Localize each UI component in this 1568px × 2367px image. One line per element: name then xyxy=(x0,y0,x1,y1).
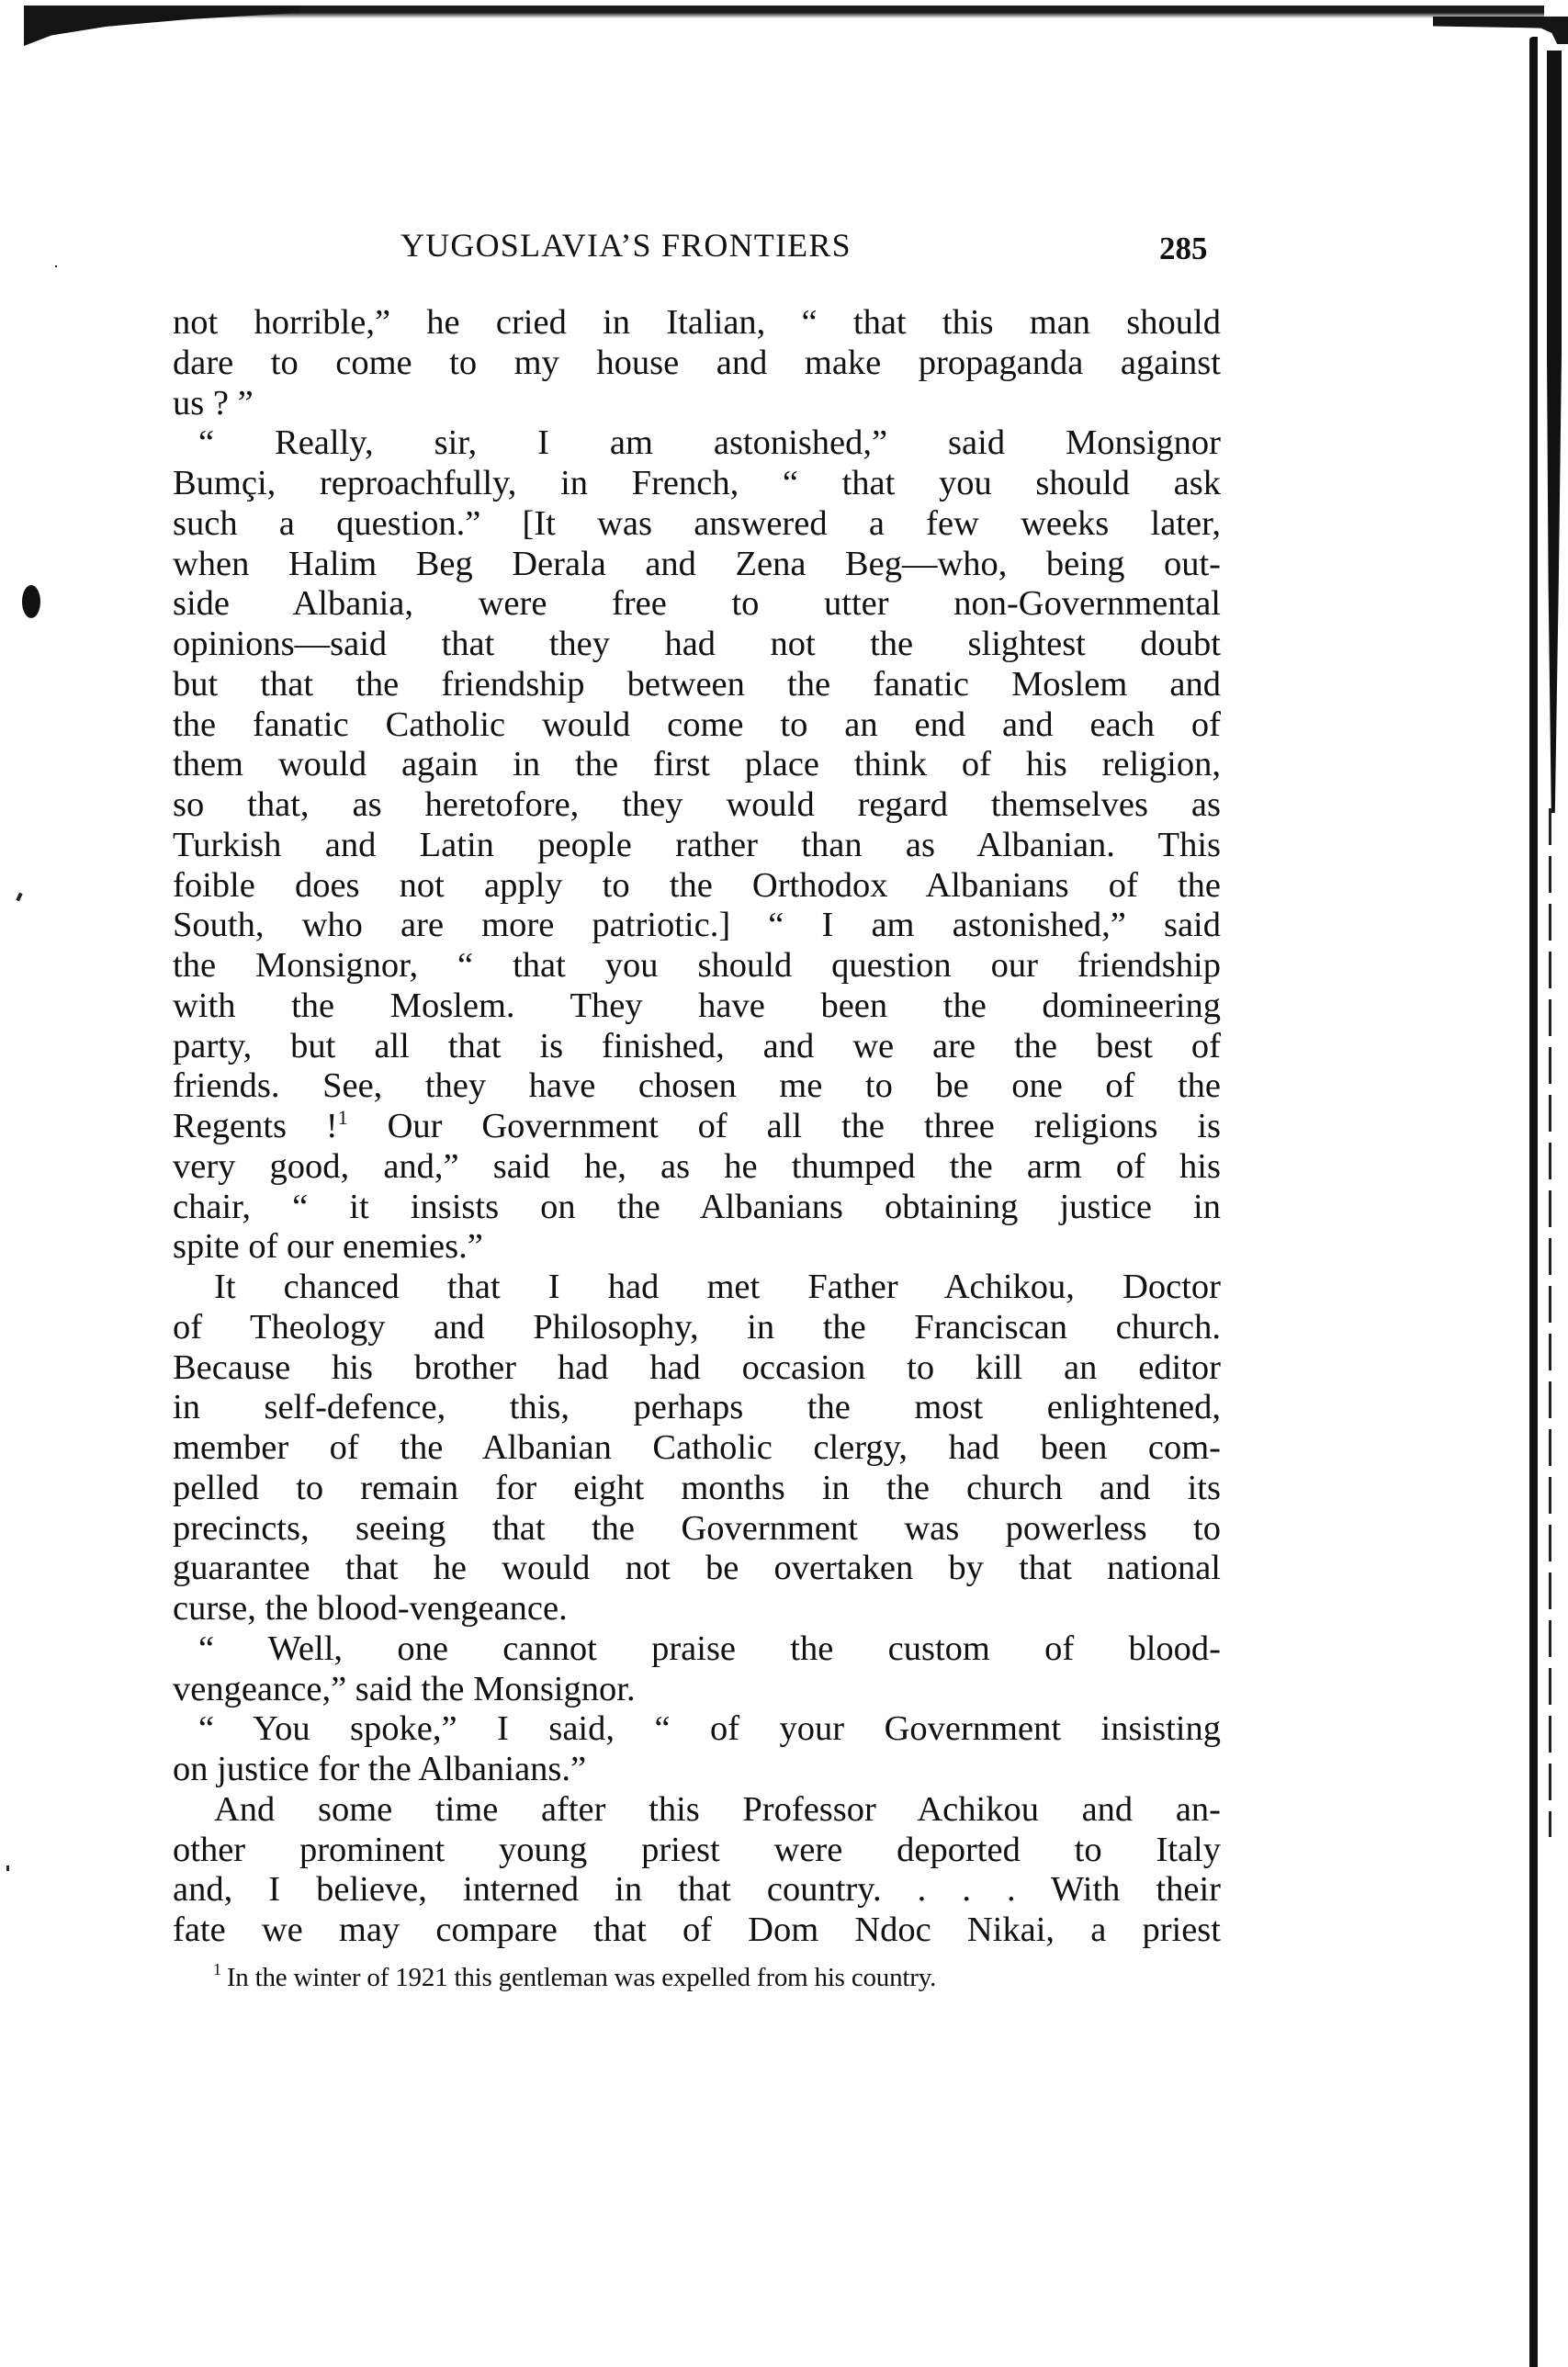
text-line-content: chair, “ it insists on the Albanians obt… xyxy=(173,1188,1221,1228)
text-line-content: side Albania, were free to utter non-Gov… xyxy=(173,584,1221,625)
ink-blot-mark xyxy=(22,585,40,618)
text-line: when Halim Beg Derala and Zena Beg—who, … xyxy=(173,545,1221,585)
text-line: member of the Albanian Catholic clergy, … xyxy=(173,1428,1221,1469)
line-text: fate we may compare that of Dom Ndoc Nik… xyxy=(173,1911,1221,1949)
text-line: spite of our enemies.” xyxy=(173,1227,1221,1268)
line-text: so that, as heretofore, they would regar… xyxy=(173,785,1221,824)
text-line: so that, as heretofore, they would regar… xyxy=(173,785,1221,826)
footnote-text: In the winter of 1921 this gentleman was… xyxy=(227,1963,936,1992)
line-text: the Monsignor, “ that you should questio… xyxy=(173,946,1221,985)
text-line: curse, the blood-vengeance. xyxy=(173,1589,1221,1629)
text-line-content: not horrible,” he cried in Italian, “ th… xyxy=(173,303,1221,344)
text-line: such a question.” [It was answered a few… xyxy=(173,504,1221,545)
text-line: the fanatic Catholic would come to an en… xyxy=(173,705,1221,746)
line-text: when Halim Beg Derala and Zena Beg—who, … xyxy=(173,545,1221,583)
text-line: the Monsignor, “ that you should questio… xyxy=(173,946,1221,986)
text-line-content: with the Moslem. They have been the domi… xyxy=(173,986,1221,1027)
line-text: Bumçi, reproachfully, in French, “ that … xyxy=(173,464,1221,502)
text-line-content: Turkish and Latin people rather than as … xyxy=(173,826,1221,866)
text-line-content: the fanatic Catholic would come to an en… xyxy=(173,705,1221,746)
line-text: Our Government of all the three religion… xyxy=(348,1107,1221,1145)
line-text: but that the friendship between the fana… xyxy=(173,665,1221,704)
book-binding-edge xyxy=(1549,808,1551,1837)
text-line: but that the friendship between the fana… xyxy=(173,665,1221,705)
book-binding-shadow xyxy=(1547,51,1562,813)
text-line-content: spite of our enemies.” xyxy=(173,1227,1221,1268)
text-line-content: in self-defence, this, perhaps the most … xyxy=(173,1388,1221,1428)
text-line-content: Because his brother had had occasion to … xyxy=(173,1348,1221,1389)
text-line: pelled to remain for eight months in the… xyxy=(173,1469,1221,1509)
text-line-content: party, but all that is finished, and we … xyxy=(173,1027,1221,1067)
text-line-content: Bumçi, reproachfully, in French, “ that … xyxy=(173,464,1221,504)
text-line-content: on justice for the Albanians.” xyxy=(173,1750,1221,1790)
line-text: Regents ! xyxy=(173,1107,338,1145)
text-line: precincts, seeing that the Government wa… xyxy=(173,1509,1221,1550)
ink-speck xyxy=(16,893,22,902)
line-text: opinions—said that they had not the slig… xyxy=(173,625,1221,663)
footnote-marker: 1 xyxy=(213,1960,221,1978)
text-line: chair, “ it insists on the Albanians obt… xyxy=(173,1188,1221,1228)
text-line-content: so that, as heretofore, they would regar… xyxy=(173,785,1221,826)
text-line-content: “ Really, sir, I am astonished,” said Mo… xyxy=(198,423,1221,464)
line-text: guarantee that he would not be overtaken… xyxy=(173,1549,1221,1587)
text-line-content: It chanced that I had met Father Achikou… xyxy=(214,1268,1221,1308)
line-text: not horrible,” he cried in Italian, “ th… xyxy=(173,303,1221,342)
line-text: in self-defence, this, perhaps the most … xyxy=(173,1388,1221,1426)
text-line-content: And some time after this Professor Achik… xyxy=(214,1790,1221,1831)
text-line: opinions—said that they had not the slig… xyxy=(173,625,1221,665)
text-line-content: such a question.” [It was answered a few… xyxy=(173,504,1221,545)
line-text: friends. See, they have chosen me to be … xyxy=(173,1066,1221,1105)
page-edge-line xyxy=(1529,37,1538,2367)
text-line: Regents !1 Our Government of all the thr… xyxy=(173,1107,1221,1147)
text-line-content: them would again in the first place thin… xyxy=(173,745,1221,785)
line-text: member of the Albanian Catholic clergy, … xyxy=(173,1428,1221,1467)
text-line: fate we may compare that of Dom Ndoc Nik… xyxy=(173,1911,1221,1951)
text-line: party, but all that is finished, and we … xyxy=(173,1027,1221,1067)
text-line: in self-defence, this, perhaps the most … xyxy=(173,1388,1221,1428)
text-line-content: “ You spoke,” I said, “ of your Governme… xyxy=(198,1709,1221,1750)
line-text: us ? ” xyxy=(173,384,254,423)
text-line: friends. See, they have chosen me to be … xyxy=(173,1066,1221,1107)
line-text: curse, the blood-vengeance. xyxy=(173,1589,568,1628)
text-line-content: member of the Albanian Catholic clergy, … xyxy=(173,1428,1221,1469)
text-line-content: foible does not apply to the Orthodox Al… xyxy=(173,866,1221,907)
text-line-content: friends. See, they have chosen me to be … xyxy=(173,1066,1221,1107)
ink-speck xyxy=(55,265,57,267)
text-line: and, I believe, interned in that country… xyxy=(173,1870,1221,1911)
line-text: foible does not apply to the Orthodox Al… xyxy=(173,866,1221,905)
footnote-reference[interactable]: 1 xyxy=(338,1106,348,1129)
line-text: very good, and,” said he, as he thumped … xyxy=(173,1147,1221,1186)
text-line: It chanced that I had met Father Achikou… xyxy=(173,1268,1221,1308)
line-text: the fanatic Catholic would come to an en… xyxy=(173,705,1221,744)
chapter-title: YUGOSLAVIA’S FRONTIERS xyxy=(400,222,852,268)
text-line-content: and, I believe, interned in that country… xyxy=(173,1870,1221,1911)
text-line: Turkish and Latin people rather than as … xyxy=(173,826,1221,866)
text-line-content: guarantee that he would not be overtaken… xyxy=(173,1549,1221,1589)
text-line: us ? ” xyxy=(173,384,1221,424)
scan-corner-shadow xyxy=(24,6,299,46)
line-text: them would again in the first place thin… xyxy=(173,745,1221,783)
text-line-content: very good, and,” said he, as he thumped … xyxy=(173,1147,1221,1188)
text-line-content: dare to come to my house and make propag… xyxy=(173,344,1221,384)
text-line: with the Moslem. They have been the domi… xyxy=(173,986,1221,1027)
text-line-content: when Halim Beg Derala and Zena Beg—who, … xyxy=(173,545,1221,585)
text-line-content: “ Well, one cannot praise the custom of … xyxy=(198,1629,1221,1670)
line-text: such a question.” [It was answered a few… xyxy=(173,504,1221,543)
line-text: “ Well, one cannot praise the custom of … xyxy=(198,1629,1221,1668)
line-text: Turkish and Latin people rather than as … xyxy=(173,826,1221,864)
text-line: “ You spoke,” I said, “ of your Governme… xyxy=(173,1709,1221,1750)
text-line: on justice for the Albanians.” xyxy=(173,1750,1221,1790)
text-line-content: but that the friendship between the fana… xyxy=(173,665,1221,705)
line-text: Because his brother had had occasion to … xyxy=(173,1348,1221,1387)
line-text: “ Really, sir, I am astonished,” said Mo… xyxy=(198,423,1221,462)
line-text: precincts, seeing that the Government wa… xyxy=(173,1509,1221,1548)
text-line-content: South, who are more patriotic.] “ I am a… xyxy=(173,906,1221,946)
scan-corner-shadow-right xyxy=(1433,17,1568,44)
text-line: “ Really, sir, I am astonished,” said Mo… xyxy=(173,423,1221,464)
text-line-content: pelled to remain for eight months in the… xyxy=(173,1469,1221,1509)
text-line: other prominent young priest were deport… xyxy=(173,1831,1221,1871)
line-text: party, but all that is finished, and we … xyxy=(173,1027,1221,1065)
ink-speck xyxy=(6,1865,9,1871)
text-line-content: fate we may compare that of Dom Ndoc Nik… xyxy=(173,1911,1221,1951)
line-text: spite of our enemies.” xyxy=(173,1227,483,1266)
line-text: dare to come to my house and make propag… xyxy=(173,344,1221,382)
text-line-content: Regents !1 Our Government of all the thr… xyxy=(173,1107,1221,1147)
text-line: “ Well, one cannot praise the custom of … xyxy=(173,1629,1221,1670)
text-line: guarantee that he would not be overtaken… xyxy=(173,1549,1221,1589)
line-text: on justice for the Albanians.” xyxy=(173,1750,586,1788)
text-line: And some time after this Professor Achik… xyxy=(173,1790,1221,1831)
line-text: of Theology and Philosophy, in the Franc… xyxy=(173,1308,1221,1347)
footnote: 1In the winter of 1921 this gentleman wa… xyxy=(213,1959,936,1996)
line-text: and, I believe, interned in that country… xyxy=(173,1870,1221,1909)
line-text: South, who are more patriotic.] “ I am a… xyxy=(173,906,1221,944)
text-line-content: us ? ” xyxy=(173,384,1221,424)
line-text: other prominent young priest were deport… xyxy=(173,1831,1221,1869)
text-line: them would again in the first place thin… xyxy=(173,745,1221,785)
text-line-content: of Theology and Philosophy, in the Franc… xyxy=(173,1308,1221,1348)
text-line-content: other prominent young priest were deport… xyxy=(173,1831,1221,1871)
text-line: foible does not apply to the Orthodox Al… xyxy=(173,866,1221,907)
line-text: with the Moslem. They have been the domi… xyxy=(173,986,1221,1025)
text-line: very good, and,” said he, as he thumped … xyxy=(173,1147,1221,1188)
line-text: chair, “ it insists on the Albanians obt… xyxy=(173,1188,1221,1226)
line-text: And some time after this Professor Achik… xyxy=(214,1790,1221,1829)
body-text: not horrible,” he cried in Italian, “ th… xyxy=(173,303,1221,1951)
text-line: Because his brother had had occasion to … xyxy=(173,1348,1221,1389)
line-text: vengeance,” said the Monsignor. xyxy=(173,1670,636,1708)
line-text: “ You spoke,” I said, “ of your Governme… xyxy=(198,1709,1221,1748)
page-number: 285 xyxy=(1159,226,1208,272)
text-line: vengeance,” said the Monsignor. xyxy=(173,1670,1221,1710)
text-line-content: the Monsignor, “ that you should questio… xyxy=(173,946,1221,986)
line-text: It chanced that I had met Father Achikou… xyxy=(214,1268,1221,1306)
text-line-content: precincts, seeing that the Government wa… xyxy=(173,1509,1221,1550)
running-head: YUGOSLAVIA’S FRONTIERS 285 xyxy=(400,222,1227,268)
text-line: South, who are more patriotic.] “ I am a… xyxy=(173,906,1221,946)
line-text: pelled to remain for eight months in the… xyxy=(173,1469,1221,1507)
text-line-content: vengeance,” said the Monsignor. xyxy=(173,1670,1221,1710)
text-line: side Albania, were free to utter non-Gov… xyxy=(173,584,1221,625)
text-line-content: opinions—said that they had not the slig… xyxy=(173,625,1221,665)
text-line: not horrible,” he cried in Italian, “ th… xyxy=(173,303,1221,344)
text-line: dare to come to my house and make propag… xyxy=(173,344,1221,384)
text-line-content: curse, the blood-vengeance. xyxy=(173,1589,1221,1629)
text-line: of Theology and Philosophy, in the Franc… xyxy=(173,1308,1221,1348)
line-text: side Albania, were free to utter non-Gov… xyxy=(173,584,1221,623)
text-line: Bumçi, reproachfully, in French, “ that … xyxy=(173,464,1221,504)
